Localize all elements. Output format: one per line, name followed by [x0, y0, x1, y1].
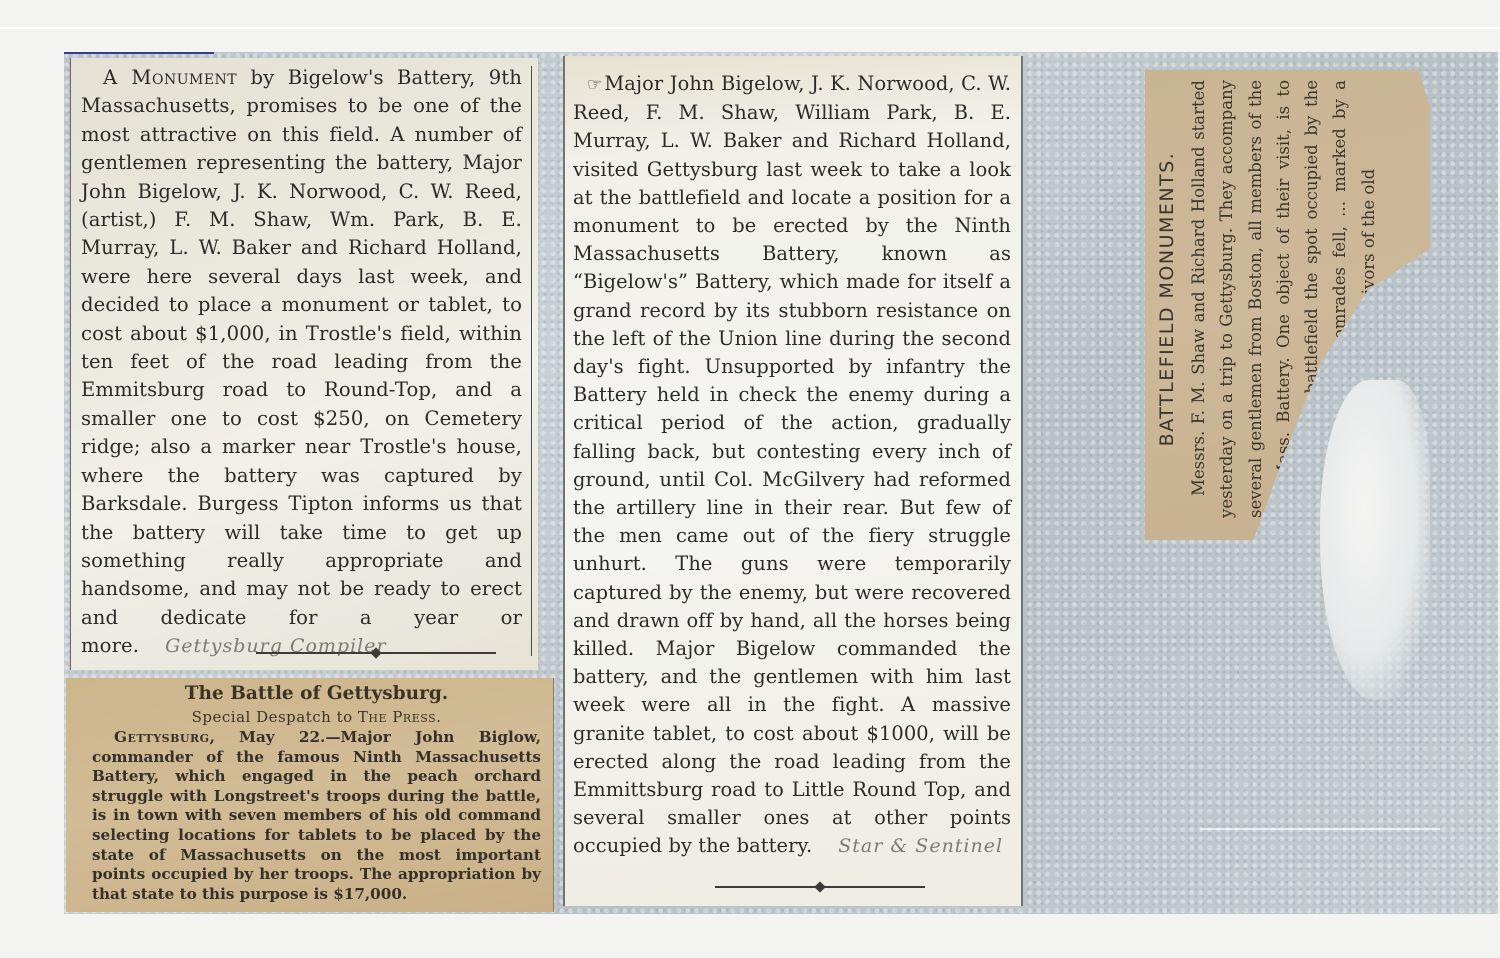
pointing-hand-icon: ☞	[587, 71, 602, 99]
clipping-headline: The Battle of Gettysburg.	[92, 682, 541, 706]
handwritten-source-note: Star & Sentinel	[838, 835, 1003, 857]
clipping-text: by Bigelow's Battery, 9th Massachusetts,…	[81, 66, 522, 657]
clipping-bigelow-visit: ☞Major John Bigelow, J. K. Norwood, C. W…	[563, 56, 1023, 906]
clipping-body: Gettysburg, May 22.—Major John Biglow, c…	[92, 728, 541, 904]
ornamental-rule	[715, 886, 925, 888]
clipping-text: —Major John Biglow, commander of the fam…	[92, 728, 541, 903]
clipping-subhead: Special Despatch to The Press.	[92, 706, 541, 728]
dateline: Gettysburg	[114, 728, 210, 746]
page-top-rule	[64, 52, 214, 54]
clipping-bigelow-monument: A Monument by Bigelow's Battery, 9th Mas…	[70, 58, 538, 670]
clipping-headline: BATTLEFIELD MONUMENTS.	[1149, 80, 1185, 518]
scanner-edge-line	[0, 27, 1500, 29]
clipping-body: ☞Major John Bigelow, J. K. Norwood, C. W…	[573, 70, 1011, 861]
page-edge-mark	[1200, 828, 1440, 830]
clipping-body: A Monument by Bigelow's Battery, 9th Mas…	[81, 64, 522, 661]
clipping-lead: A Monument	[103, 66, 237, 89]
date: May 22.	[239, 728, 325, 746]
clipping-text: Major John Bigelow, J. K. Norwood, C. W.…	[573, 72, 1011, 857]
subhead-paper: The Press.	[358, 708, 441, 726]
ornamental-rule	[256, 652, 496, 654]
column-rule	[531, 66, 532, 656]
clipping-battle-of-gettysburg: The Battle of Gettysburg. Special Despat…	[66, 678, 554, 912]
torn-paper-residue	[1320, 380, 1430, 700]
subhead-prefix: Special Despatch to	[192, 708, 353, 726]
